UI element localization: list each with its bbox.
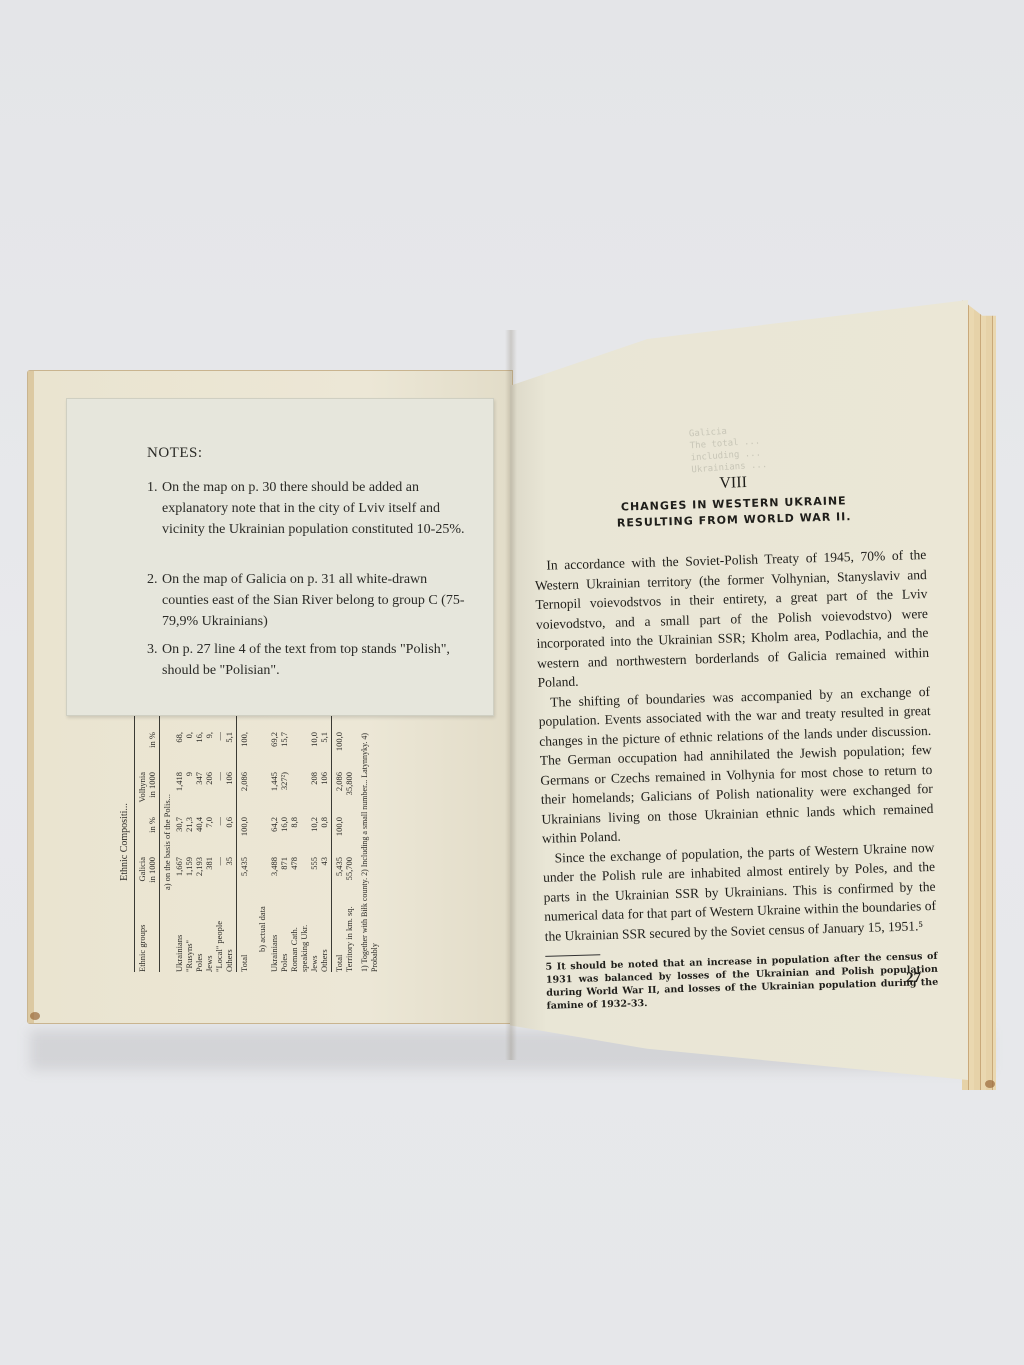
cell [289,772,309,817]
cell: — [214,817,224,857]
note-number: 3. [147,639,158,660]
cell: 1,445 [269,772,279,817]
note-text: On the map on p. 30 there should be adde… [162,477,477,540]
cell: — [214,732,224,772]
cell: 0, [184,732,194,772]
cell: 68, [174,732,184,772]
cell: 555 [309,857,319,902]
book-gutter [505,330,517,1060]
table-row: Jews3817,02069, [204,712,214,972]
table-row: Poles87116,0327²)15,7 [279,712,289,972]
note-item-3: 3. On p. 27 line 4 of the text from top … [147,639,477,681]
cell: 1,667 [174,857,184,902]
cell: 0,6 [224,817,234,857]
table-row: Poles2,19340,434716, [194,712,204,972]
page-stain [985,1080,995,1088]
cell: 21,3 [184,817,194,857]
section-b-label: b) actual data [257,712,267,952]
table-header-row: Ethnic groups Galicia Volhynia [137,712,147,972]
cell: 100,0 [334,817,344,857]
cell: 55,700 [344,857,354,902]
table-subheader-row: in 1000 in % in 1000 in % [147,712,157,972]
cell: 100, [239,732,249,772]
notes-insert-card: NOTES: 1. On the map on p. 30 there shou… [66,398,494,716]
col-volhynia: Volhynia [137,772,147,817]
col-galicia: Galicia [137,857,147,902]
cell: 2,193 [194,857,204,902]
ethnic-composition-table: Ethnic Compositi... Ethnic groups Galici… [118,712,448,972]
cell: 5,435 [334,857,344,902]
cell: 40,4 [194,817,204,857]
note-item-2: 2. On the map of Galicia on p. 31 all wh… [147,569,477,632]
cell: Jews [204,902,214,972]
note-text: On the map of Galicia on p. 31 all white… [162,569,477,632]
table-row: "Local" people———— [214,712,224,972]
table-row: Ukrainians3,48864,21,44569,2 [269,712,279,972]
table-row-territory: Territory in km. sq. 55,700 35,800 [344,712,354,972]
cell: 69,2 [269,732,279,772]
cell: Others [224,902,234,972]
footnote-rule [545,954,600,957]
cell: 106 [224,772,234,817]
table-row: Others430,81065,1 [319,712,329,972]
table-title: Ethnic Compositi... [120,712,130,972]
cell: 16, [194,732,204,772]
cell: 327²) [279,772,289,817]
cell: Ukrainians [174,902,184,972]
paragraph-3: Since the exchange of population, the pa… [542,837,937,945]
col-in-1000: in 1000 [147,857,157,902]
cell: 1,159 [184,857,194,902]
col-ethnic-groups: Ethnic groups [137,902,147,972]
cell: 15,7 [279,732,289,772]
cell: Total [334,902,344,972]
cell: 5,1 [319,732,329,772]
note-text: On p. 27 line 4 of the text from top sta… [162,639,477,681]
table-row: Roman Cath. speaking Ukr.4788,8 [289,712,309,972]
table-footnote: 1) Together with Biłk county. 2) Includi… [360,712,380,972]
cell: 478 [289,857,309,902]
table-row: "Rusyns"1,15921,390, [184,712,194,972]
cell: 100,0 [239,817,249,857]
cell: — [214,772,224,817]
page-number: 27 [906,970,921,987]
note-item-1: 1. On the map on p. 30 there should be a… [147,477,477,540]
table-row-total: Total 5,435 100,0 2,086 100, [239,712,249,972]
cell: 30,7 [174,817,184,857]
cell: 100,0 [334,732,344,772]
note-number: 1. [147,477,158,498]
cell: 2,086 [334,772,344,817]
cell: 347 [194,772,204,817]
cell: 10,0 [309,732,319,772]
page-27-body: VIII CHANGES IN WESTERN UKRAINE RESULTIN… [532,469,939,1013]
table-row: Others350,61065,1 [224,712,234,972]
footnote-5: 5 It should be noted that an increase in… [545,950,938,1013]
cell: 8,8 [289,817,309,857]
col-in-1000: in 1000 [147,772,157,817]
cell: Others [319,902,329,972]
left-page-edge [28,371,34,1023]
cell: 43 [319,857,329,902]
cell: 5,435 [239,857,249,902]
cell: 64,2 [269,817,279,857]
col-in-pct: in % [147,732,157,772]
cell: Poles [194,902,204,972]
cell: 106 [319,772,329,817]
table-row-total: Total 5,435 100,0 2,086 100,0 [334,712,344,972]
cell: 35 [224,857,234,902]
cell: 208 [309,772,319,817]
cell: 206 [204,772,214,817]
page-stain [30,1012,40,1020]
cell: Roman Cath. speaking Ukr. [289,902,309,972]
cell: 16,0 [279,817,289,857]
cell: Poles [279,902,289,972]
cell: 0,8 [319,817,329,857]
cell: 3,488 [269,857,279,902]
section-a-label: a) on the basis of the Polis... [162,712,172,972]
cell: "Rusyns" [184,902,194,972]
cell: Ukrainians [269,902,279,972]
paragraph-1: In accordance with the Soviet-Polish Tre… [534,545,930,692]
cell: 2,086 [239,772,249,817]
cell: Jews [309,902,319,972]
note-number: 2. [147,569,158,590]
notes-title: NOTES: [147,445,203,462]
cell: "Local" people [214,902,224,972]
cell: Total [239,902,249,972]
col-in-pct: in % [147,817,157,857]
cell: 381 [204,857,214,902]
cell: 35,800 [344,772,354,817]
cell: Territory in km. sq. [344,902,354,972]
cell: — [214,857,224,902]
cell: 10,2 [309,817,319,857]
cell: 871 [279,857,289,902]
cell: 5,1 [224,732,234,772]
cell: 9 [184,772,194,817]
table-row: Ukrainians1,66730,71,41868, [174,712,184,972]
table-row: Jews55510,220810,0 [309,712,319,972]
cell: 7,0 [204,817,214,857]
paragraph-2: The shifting of boundaries was accompani… [538,681,934,848]
cell [289,732,309,772]
cell: 9, [204,732,214,772]
cell: 1,418 [174,772,184,817]
